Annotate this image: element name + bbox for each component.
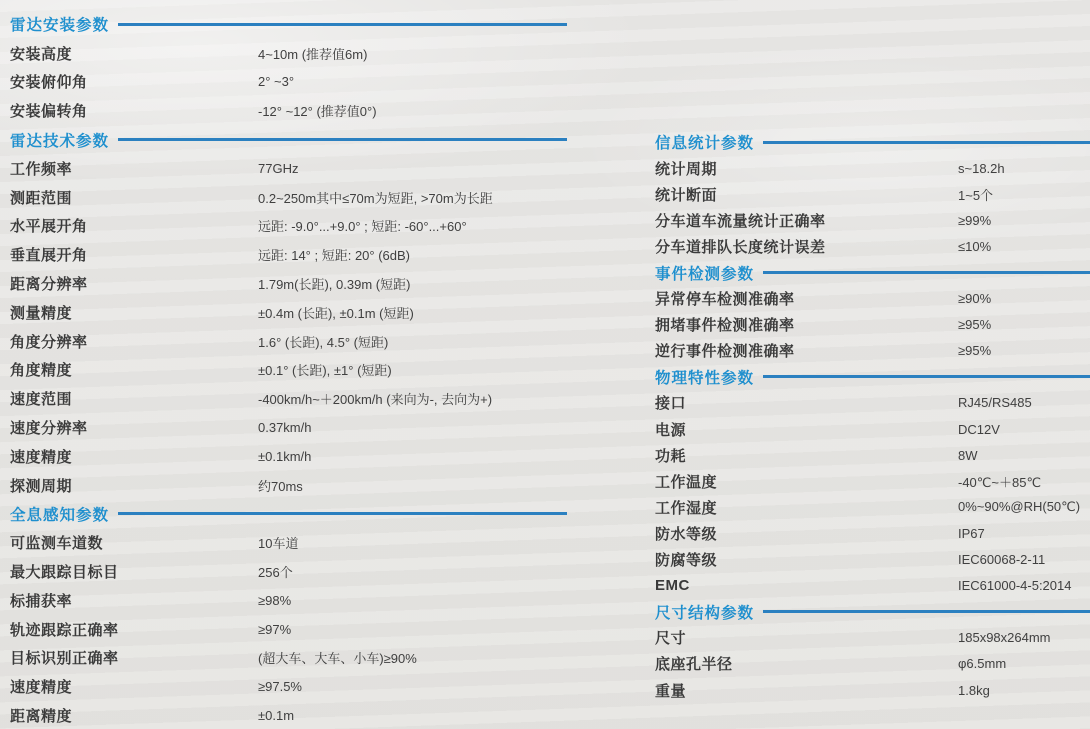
spec-label: 功耗 <box>655 445 958 466</box>
spec-value: IEC60068-2-11 <box>958 552 1045 567</box>
spec-value: RJ45/RS485 <box>958 395 1032 410</box>
section-title: 物理特性参数 <box>655 366 754 388</box>
spec-label: 分车道排队长度统计误差 <box>655 236 958 257</box>
spec-label: 速度分辨率 <box>10 417 258 438</box>
spec-section: 雷达技术参数工作频率77GHz测距范围0.2~250m其中≤70m为短距, >7… <box>10 125 567 499</box>
spec-row: 目标识别正确率(超大车、大车、小车)≥90% <box>10 644 567 673</box>
spec-label: 速度范围 <box>10 388 258 409</box>
spec-row: 标捕获率≥98% <box>10 586 567 615</box>
spec-label: 轨迹跟踪正确率 <box>10 619 258 640</box>
spec-label: 逆行事件检测准确率 <box>655 340 958 361</box>
spec-row: 防水等级IP67 <box>655 520 1090 546</box>
spec-label: 垂直展开角 <box>10 244 258 265</box>
spec-value: 2° ~3° <box>258 74 294 89</box>
spec-value: 1.6° (长距), 4.5° (短距) <box>258 332 388 351</box>
spec-row: 速度分辨率0.37km/h <box>10 413 567 442</box>
spec-label: 水平展开角 <box>10 215 258 236</box>
spec-value: 256个 <box>258 562 293 581</box>
spec-row: 安装偏转角-12° ~12° (推荐值0°) <box>10 96 567 125</box>
spec-label: 安装俯仰角 <box>10 71 258 92</box>
spec-row: 垂直展开角远距: 14° ; 短距: 20° (6dB) <box>10 240 567 269</box>
spec-value: -400km/h~＋200km/h (来向为-, 去向为+) <box>258 389 492 408</box>
spec-value: 185x98x264mm <box>958 630 1051 645</box>
spec-label: 工作温度 <box>655 471 958 492</box>
spec-label: 距离精度 <box>10 705 258 726</box>
spec-row: 角度分辨率1.6° (长距), 4.5° (短距) <box>10 327 567 356</box>
spec-row: 电源DC12V <box>655 416 1090 442</box>
spec-label: 速度精度 <box>10 676 258 697</box>
spec-value: 4~10m (推荐值6m) <box>258 44 367 63</box>
spec-row: 重量1.8kg <box>655 677 1090 703</box>
spec-row: 速度范围-400km/h~＋200km/h (来向为-, 去向为+) <box>10 384 567 413</box>
spec-row: 接口RJ45/RS485 <box>655 390 1090 416</box>
spec-label: 安装偏转角 <box>10 100 258 121</box>
spec-row: 防腐等级IEC60068-2-11 <box>655 547 1090 573</box>
spec-value: 10车道 <box>258 533 298 552</box>
spec-row: 工作频率77GHz <box>10 154 567 183</box>
spec-value: IP67 <box>958 526 985 541</box>
spec-row: 测量精度±0.4m (长距), ±0.1m (短距) <box>10 298 567 327</box>
spec-label: 防腐等级 <box>655 549 958 570</box>
spec-value: 77GHz <box>258 161 298 176</box>
spec-value: 远距: 14° ; 短距: 20° (6dB) <box>258 245 410 264</box>
section-rule <box>763 141 1090 144</box>
spec-label: 最大跟踪目标目 <box>10 561 258 582</box>
spec-row: 异常停车检测准确率≥90% <box>655 286 1090 312</box>
spec-section: 信息统计参数统计周期s~18.2h统计断面1~5个分车道车流量统计正确率≥99%… <box>655 129 1090 259</box>
spec-value: ≥90% <box>958 291 991 306</box>
spec-label: 尺寸 <box>655 627 958 648</box>
spec-value: ≥97.5% <box>258 679 302 694</box>
spec-row: 速度精度≥97.5% <box>10 672 567 701</box>
spec-section: 全息感知参数可监测车道数10车道最大跟踪目标目256个标捕获率≥98%轨迹跟踪正… <box>10 500 567 729</box>
left-column: 雷达安装参数安装高度4~10m (推荐值6m)安装俯仰角2° ~3°安装偏转角-… <box>10 10 567 729</box>
spec-label: 异常停车检测准确率 <box>655 288 958 309</box>
spec-section: 雷达安装参数安装高度4~10m (推荐值6m)安装俯仰角2° ~3°安装偏转角-… <box>10 10 567 125</box>
section-header: 尺寸结构参数 <box>655 599 1090 625</box>
spec-label: 测距范围 <box>10 187 258 208</box>
spec-row: 安装高度4~10m (推荐值6m) <box>10 39 567 68</box>
section-title: 雷达技术参数 <box>10 129 109 151</box>
spec-value: ±0.1° (长距), ±1° (短距) <box>258 360 392 379</box>
spec-value: 0%~90%@RH(50℃) <box>958 499 1080 515</box>
spec-label: 测量精度 <box>10 302 258 323</box>
spec-label: 标捕获率 <box>10 590 258 611</box>
spec-label: 防水等级 <box>655 523 958 544</box>
spec-value: ≥99% <box>958 213 991 228</box>
section-rule <box>118 138 567 141</box>
spec-row: 最大跟踪目标目256个 <box>10 557 567 586</box>
spec-value: ±0.4m (长距), ±0.1m (短距) <box>258 303 414 322</box>
spec-value: ≥98% <box>258 593 291 608</box>
spec-value: 远距: -9.0°...+9.0° ; 短距: -60°...+60° <box>258 216 467 235</box>
spec-label: 重量 <box>655 680 958 701</box>
spec-value: DC12V <box>958 422 1000 437</box>
section-rule <box>118 512 567 515</box>
section-title: 雷达安装参数 <box>10 13 109 35</box>
spec-label: 角度精度 <box>10 359 258 380</box>
section-rule <box>118 23 567 26</box>
spec-value: 8W <box>958 448 978 463</box>
spec-label: 拥堵事件检测准确率 <box>655 314 958 335</box>
spec-row: 功耗8W <box>655 442 1090 468</box>
spec-row: 拥堵事件检测准确率≥95% <box>655 312 1090 338</box>
spec-row: 工作温度-40℃~＋85℃ <box>655 468 1090 494</box>
section-header: 雷达安装参数 <box>10 10 567 39</box>
section-title: 全息感知参数 <box>10 503 109 525</box>
spec-label: 探测周期 <box>10 475 258 496</box>
spec-row: 统计断面1~5个 <box>655 181 1090 207</box>
spec-label: 底座孔半径 <box>655 653 958 674</box>
spec-row: 探测周期约70ms <box>10 471 567 500</box>
spec-label: 安装高度 <box>10 43 258 64</box>
spec-row: 角度精度±0.1° (长距), ±1° (短距) <box>10 356 567 385</box>
spec-value: 约70ms <box>258 476 303 495</box>
spec-value: (超大车、大车、小车)≥90% <box>258 648 417 667</box>
spec-row: 工作湿度0%~90%@RH(50℃) <box>655 494 1090 520</box>
spec-row: 测距范围0.2~250m其中≤70m为短距, >70m为长距 <box>10 183 567 212</box>
spec-value: ±0.1m <box>258 708 294 723</box>
section-title: 尺寸结构参数 <box>655 601 754 623</box>
spec-row: 可监测车道数10车道 <box>10 528 567 557</box>
spec-row: 统计周期s~18.2h <box>655 155 1090 181</box>
section-header: 雷达技术参数 <box>10 125 567 154</box>
spec-value: ≤10% <box>958 239 991 254</box>
spec-value: ≥95% <box>958 317 991 332</box>
spec-row: 尺寸185x98x264mm <box>655 625 1090 651</box>
spec-label: 电源 <box>655 419 958 440</box>
section-rule <box>763 375 1090 378</box>
section-header: 全息感知参数 <box>10 500 567 529</box>
spec-value: 0.37km/h <box>258 420 311 435</box>
spec-label: 速度精度 <box>10 446 258 467</box>
spec-label: 目标识别正确率 <box>10 647 258 668</box>
spec-row: 逆行事件检测准确率≥95% <box>655 338 1090 364</box>
spec-row: 距离分辨率1.79m(长距), 0.39m (短距) <box>10 269 567 298</box>
spec-row: 距离精度±0.1m <box>10 701 567 729</box>
section-rule <box>763 271 1090 274</box>
spec-row: 轨迹跟踪正确率≥97% <box>10 615 567 644</box>
section-rule <box>763 610 1090 613</box>
spec-row: 安装俯仰角2° ~3° <box>10 68 567 97</box>
section-header: 物理特性参数 <box>655 364 1090 390</box>
spec-section: 尺寸结构参数尺寸185x98x264mm底座孔半径φ6.5mm重量1.8kg <box>655 599 1090 703</box>
spec-value: 1~5个 <box>958 185 993 204</box>
spec-label: 工作湿度 <box>655 497 958 518</box>
spec-label: EMC <box>655 577 958 594</box>
spec-value: ≥95% <box>958 343 991 358</box>
spec-label: 工作频率 <box>10 158 258 179</box>
spec-value: s~18.2h <box>958 161 1005 176</box>
spec-section: 物理特性参数接口RJ45/RS485电源DC12V功耗8W工作温度-40℃~＋8… <box>655 364 1090 599</box>
spec-value: IEC61000-4-5:2014 <box>958 578 1071 593</box>
section-header: 事件检测参数 <box>655 259 1090 285</box>
spec-row: 水平展开角远距: -9.0°...+9.0° ; 短距: -60°...+60° <box>10 212 567 241</box>
spec-value: -12° ~12° (推荐值0°) <box>258 101 377 120</box>
spec-label: 角度分辨率 <box>10 331 258 352</box>
spec-row: 分车道排队长度统计误差≤10% <box>655 233 1090 259</box>
spec-label: 可监测车道数 <box>10 532 258 553</box>
spec-value: 1.79m(长距), 0.39m (短距) <box>258 274 410 293</box>
spec-row: 速度精度±0.1km/h <box>10 442 567 471</box>
spec-row: EMCIEC61000-4-5:2014 <box>655 573 1090 599</box>
spec-label: 统计断面 <box>655 184 958 205</box>
spec-label: 分车道车流量统计正确率 <box>655 210 958 231</box>
spec-value: 1.8kg <box>958 683 990 698</box>
spec-row: 底座孔半径φ6.5mm <box>655 651 1090 677</box>
spec-sheet: 雷达安装参数安装高度4~10m (推荐值6m)安装俯仰角2° ~3°安装偏转角-… <box>0 0 1090 729</box>
section-title: 事件检测参数 <box>655 262 754 284</box>
spec-label: 接口 <box>655 392 958 413</box>
spec-value: φ6.5mm <box>958 656 1006 671</box>
spec-label: 距离分辨率 <box>10 273 258 294</box>
spec-value: -40℃~＋85℃ <box>958 472 1041 491</box>
spec-label: 统计周期 <box>655 158 958 179</box>
spec-value: ≥97% <box>258 622 291 637</box>
right-column: 信息统计参数统计周期s~18.2h统计断面1~5个分车道车流量统计正确率≥99%… <box>655 129 1090 703</box>
section-header: 信息统计参数 <box>655 129 1090 155</box>
spec-row: 分车道车流量统计正确率≥99% <box>655 207 1090 233</box>
spec-value: 0.2~250m其中≤70m为短距, >70m为长距 <box>258 188 493 207</box>
section-title: 信息统计参数 <box>655 131 754 153</box>
spec-section: 事件检测参数异常停车检测准确率≥90%拥堵事件检测准确率≥95%逆行事件检测准确… <box>655 259 1090 363</box>
spec-value: ±0.1km/h <box>258 449 311 464</box>
